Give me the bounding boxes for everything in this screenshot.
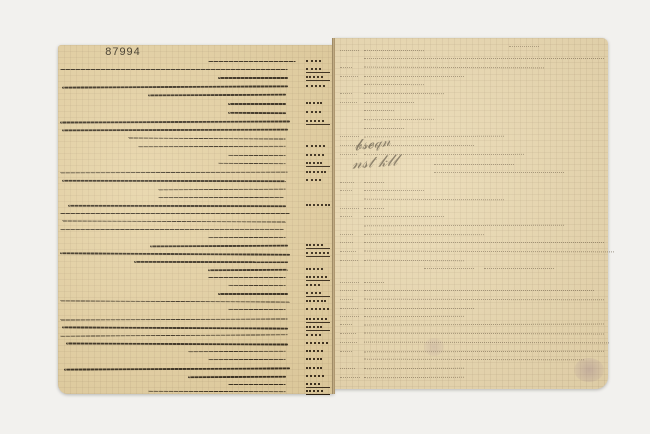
margin-date-note	[306, 85, 325, 87]
pencil-line	[364, 342, 609, 344]
margin-underline	[306, 80, 330, 81]
margin-date-note	[306, 162, 322, 164]
handwritten-line	[60, 229, 284, 230]
margin-date-note	[306, 326, 322, 328]
margin-date-note	[340, 93, 352, 94]
handwritten-line	[60, 300, 290, 302]
margin-date-note	[340, 190, 352, 191]
handwritten-line	[228, 103, 286, 105]
notebook-spine	[332, 38, 335, 394]
margin-date-note	[306, 102, 322, 104]
margin-date-note	[306, 350, 323, 352]
pencil-line	[364, 119, 434, 120]
pencil-line	[424, 268, 474, 269]
handwritten-line	[60, 213, 290, 214]
right-page-heading	[509, 46, 539, 47]
handwritten-line	[60, 318, 288, 320]
pencil-line	[364, 225, 564, 227]
pencil-line	[364, 128, 404, 129]
margin-date-note	[306, 68, 321, 70]
handwritten-line	[228, 384, 286, 385]
pencil-line	[364, 234, 484, 235]
margin-date-note	[340, 316, 359, 317]
margin-date-note	[306, 334, 321, 336]
pencil-line	[364, 316, 464, 317]
margin-underline	[306, 330, 330, 331]
handwritten-line	[66, 342, 288, 345]
margin-date-note	[340, 182, 354, 183]
margin-date-note	[340, 50, 359, 51]
margin-date-note	[340, 208, 359, 209]
pencil-line	[364, 50, 424, 51]
margin-date-note	[340, 342, 357, 343]
margin-date-note	[306, 358, 322, 360]
margin-date-note	[306, 111, 321, 113]
handwritten-line	[60, 252, 290, 255]
left-page: 87994	[58, 45, 334, 394]
pencil-line	[364, 199, 504, 201]
margin-date-note	[306, 60, 321, 62]
margin-date-note	[340, 368, 355, 369]
handwritten-line	[128, 137, 286, 139]
margin-date-note	[340, 67, 352, 68]
handwritten-line	[218, 163, 286, 164]
stain	[574, 358, 604, 382]
margin-date-note	[306, 244, 323, 246]
handwritten-line	[228, 285, 286, 286]
margin-date-note	[306, 390, 323, 392]
margin-underline	[306, 394, 330, 395]
pencil-line	[434, 172, 564, 173]
pencil-line	[364, 299, 604, 301]
right-page: 𝓫𝓈𝓮𝓆𝓃 𝓃𝓈𝓉 𝓀𝓁𝓁	[334, 38, 608, 389]
pencil-line	[434, 164, 514, 165]
handwritten-line	[208, 277, 286, 278]
pencil-line	[364, 76, 464, 77]
margin-underline	[306, 296, 330, 297]
pencil-line	[364, 282, 384, 283]
margin-date-note	[306, 284, 320, 286]
handwritten-line	[218, 293, 288, 295]
margin-underline	[306, 124, 330, 125]
handwritten-line	[134, 261, 288, 263]
handwritten-line	[208, 61, 296, 62]
margin-date-note	[340, 242, 353, 243]
pencil-line	[364, 290, 594, 291]
pencil-sketch-signature-2: 𝓃𝓈𝓉 𝓀𝓁𝓁	[351, 150, 398, 173]
handwritten-line	[60, 120, 290, 123]
handwritten-line	[148, 94, 286, 97]
margin-date-note	[340, 308, 358, 309]
margin-date-note	[340, 216, 352, 217]
pencil-line	[364, 242, 604, 243]
margin-date-note	[306, 204, 330, 206]
margin-date-note	[340, 299, 353, 300]
handwritten-line	[68, 205, 286, 207]
pencil-line	[484, 268, 554, 269]
handwritten-line	[62, 326, 288, 329]
handwritten-line	[60, 334, 288, 336]
handwritten-line	[60, 69, 288, 70]
margin-date-note	[306, 342, 328, 344]
pencil-line	[364, 260, 464, 261]
handwritten-line	[158, 197, 284, 198]
margin-date-note	[306, 120, 324, 122]
margin-underline	[306, 280, 330, 281]
pencil-line	[364, 102, 414, 103]
margin-date-note	[306, 171, 326, 173]
margin-date-note	[306, 375, 324, 377]
margin-date-note	[340, 377, 360, 378]
margin-underline	[306, 256, 330, 257]
handwritten-line	[188, 376, 286, 379]
handwritten-line	[158, 189, 286, 191]
pencil-line	[364, 216, 444, 217]
handwritten-line	[208, 237, 286, 238]
handwritten-line	[62, 129, 288, 132]
margin-date-note	[340, 102, 357, 103]
handwritten-line	[228, 112, 286, 114]
pencil-line	[364, 377, 464, 378]
pencil-line	[364, 359, 584, 361]
margin-date-note	[306, 179, 321, 181]
margin-date-note	[340, 260, 358, 261]
pencil-line	[364, 84, 424, 85]
margin-date-note	[340, 333, 356, 334]
pencil-line	[364, 93, 444, 94]
pencil-line	[364, 208, 384, 209]
handwritten-line	[228, 309, 286, 310]
margin-underline	[306, 72, 330, 73]
pencil-line	[364, 110, 394, 111]
handwritten-line	[218, 77, 288, 79]
handwritten-line	[208, 359, 286, 360]
margin-underline	[306, 248, 330, 249]
handwritten-line	[62, 180, 286, 182]
archive-stamp-number: 87994	[105, 47, 141, 59]
handwritten-line	[228, 155, 286, 156]
margin-date-note	[306, 268, 323, 270]
margin-date-note	[306, 300, 326, 302]
pencil-line	[364, 67, 544, 69]
handwritten-line	[60, 172, 288, 174]
pencil-line	[364, 58, 604, 59]
margin-date-note	[306, 276, 327, 278]
margin-date-note	[340, 351, 352, 352]
margin-date-note	[306, 318, 327, 320]
pencil-line	[364, 351, 604, 353]
handwritten-line	[64, 367, 290, 370]
margin-underline	[306, 322, 330, 323]
margin-date-note	[340, 76, 358, 77]
margin-date-note	[306, 308, 329, 310]
margin-date-note	[340, 290, 357, 291]
margin-date-note	[306, 76, 323, 78]
handwritten-line	[148, 391, 286, 392]
handwritten-line	[62, 220, 286, 222]
handwritten-line	[62, 85, 288, 88]
margin-date-note	[306, 154, 324, 156]
pencil-line	[364, 182, 384, 183]
margin-date-note	[306, 367, 322, 369]
handwritten-line	[208, 269, 288, 272]
margin-date-note	[340, 282, 359, 283]
margin-date-note	[306, 383, 320, 385]
margin-date-note	[340, 324, 352, 325]
margin-date-note	[306, 292, 321, 294]
pencil-line	[364, 308, 474, 309]
margin-date-note	[306, 252, 329, 254]
pencil-line	[364, 368, 464, 369]
margin-date-note	[306, 145, 325, 147]
stain	[424, 338, 444, 356]
margin-date-note	[340, 234, 353, 235]
margin-date-note	[340, 251, 356, 252]
pencil-line	[364, 324, 604, 326]
pencil-line	[364, 251, 614, 253]
handwritten-line	[138, 146, 286, 148]
pencil-line	[364, 333, 604, 335]
pencil-line	[364, 190, 424, 191]
margin-underline	[306, 166, 330, 167]
handwritten-line	[188, 351, 286, 353]
margin-underline	[306, 387, 330, 388]
handwritten-line	[150, 245, 288, 248]
